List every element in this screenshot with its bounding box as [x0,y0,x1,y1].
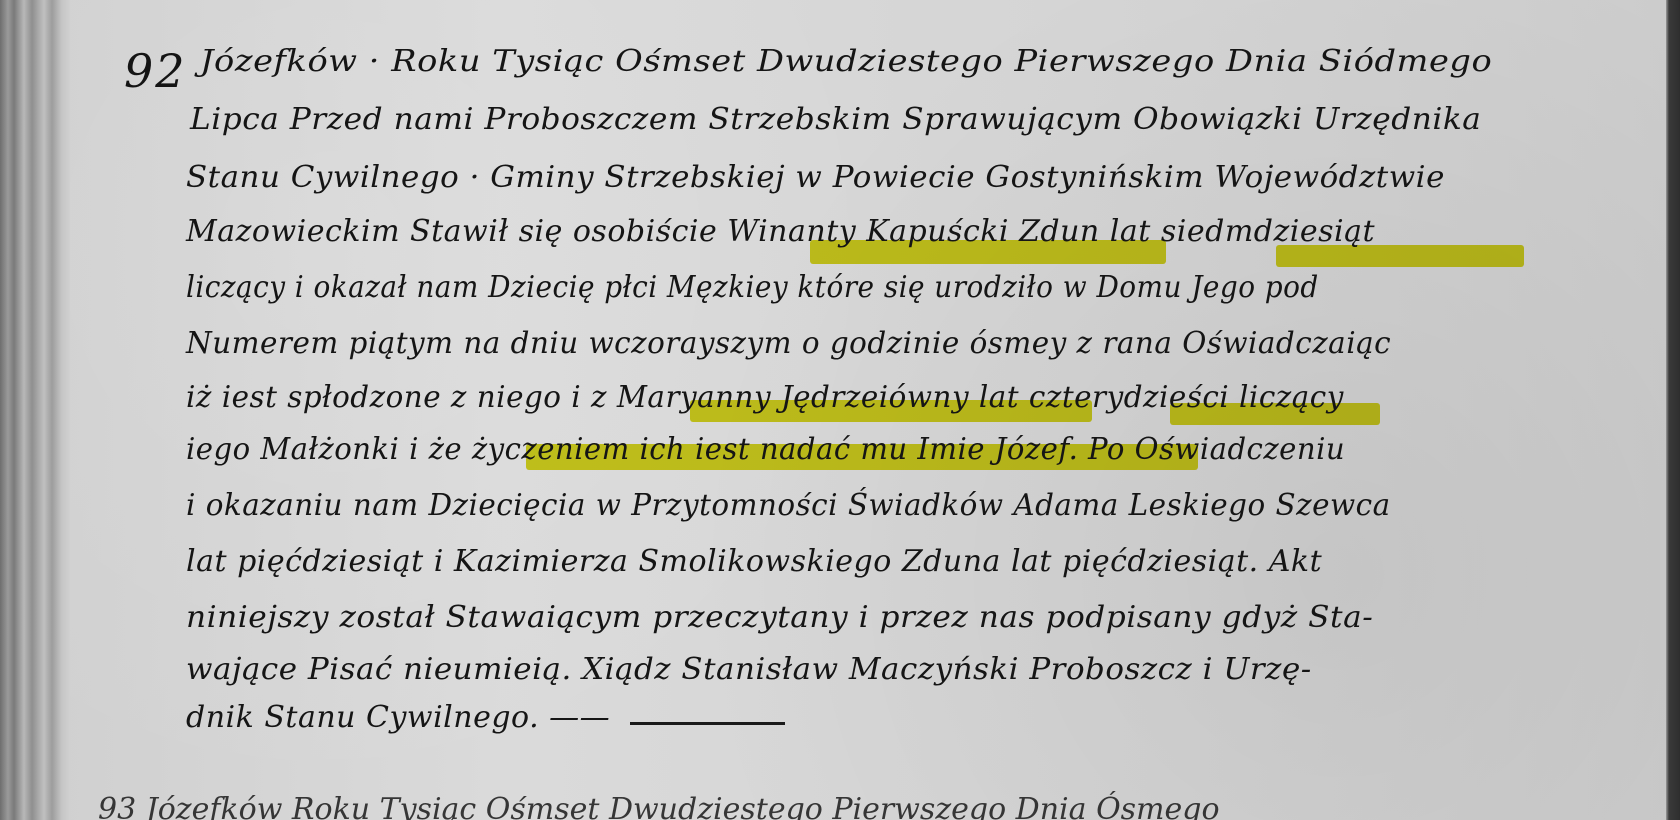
record-line-9: i okazaniu nam Dziecięcia w Przytomności… [186,488,1391,523]
page-edge [1666,0,1680,820]
record-line-6: Numerem piątym na dniu wczorayszym o god… [186,326,1391,361]
record-line-11: niniejszy został Stawaiącym przeczytany … [186,600,1373,635]
entry-end-rule [630,722,785,725]
entry-number: 92 [124,44,187,98]
record-line-12: wające Pisać nieumieią. Xiądz Stanisław … [186,652,1312,687]
record-line-4: Mazowieckim Stawił się osobiście Winanty… [186,214,1375,249]
record-line-1: Józefków · Roku Tysiąc Ośmset Dwudzieste… [200,44,1492,79]
next-entry-partial: 93 Józefków Roku Tysiąc Ośmset Dwudziest… [98,792,1220,820]
register-page-scan: 92 Józefków · Roku Tysiąc Ośmset Dwudzie… [0,0,1680,820]
record-line-5: liczący i okazał nam Dziecię płci Męzkie… [186,270,1319,305]
record-line-8: iego Małżonki i że życzeniem ich iest na… [186,432,1345,467]
record-line-3: Stanu Cywilnego · Gminy Strzebskiej w Po… [186,160,1445,195]
record-line-13: dnik Stanu Cywilnego. —— [186,700,610,735]
record-line-10: lat pięćdziesiąt i Kazimierza Smolikowsk… [186,544,1322,579]
book-gutter [0,0,70,820]
record-line-7: iż iest spłodzone z niego i z Maryanny J… [186,380,1344,415]
record-line-2: Lipca Przed nami Proboszczem Strzebskim … [190,102,1481,137]
